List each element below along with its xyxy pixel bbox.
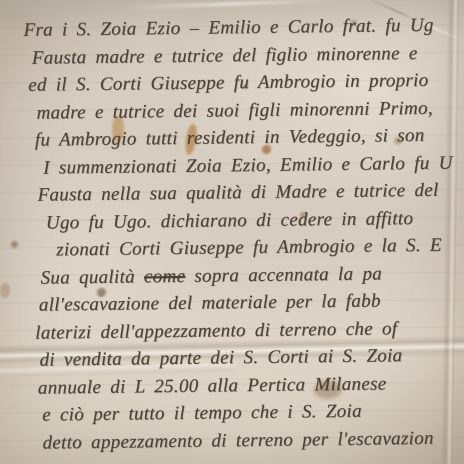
manuscript-line: zionati Corti Giuseppe fu Ambrogio e la … [56, 231, 464, 264]
top-edge-crease [120, 0, 340, 10]
manuscript-line: detto appezzamento di terreno per l'esca… [42, 423, 464, 456]
manuscript-text-block: Fra i S. Zoia Ezio – Emilio e Carlo frat… [0, 11, 464, 457]
line-text: Sua qualità [40, 266, 144, 288]
manuscript-photo: Fra i S. Zoia Ezio – Emilio e Carlo frat… [0, 0, 464, 464]
manuscript-line: di vendita da parte dei S. Corti ai S. Z… [39, 341, 464, 374]
manuscript-line: Fausta nella sua qualità di Madre e tutr… [37, 176, 464, 209]
struck-word: come [144, 265, 186, 287]
manuscript-line: fu Ambrogio tutti residenti in Vedeggio,… [35, 121, 464, 154]
line-text: sopra accennata la pa [185, 263, 382, 286]
